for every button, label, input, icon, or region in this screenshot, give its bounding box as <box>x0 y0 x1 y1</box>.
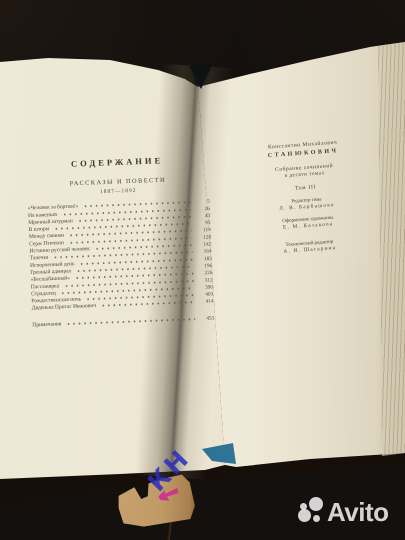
toc-item-page: 453 <box>199 315 214 321</box>
toc-item-page: 26 <box>195 206 210 212</box>
toc-item-page: 128 <box>196 234 211 240</box>
toc-item-title: Пассажирка <box>31 283 60 290</box>
avito-logo-icon <box>309 497 323 511</box>
toc-item-page: 43 <box>195 213 210 219</box>
toc-item-page: 183 <box>197 256 212 262</box>
toc-item-page: 226 <box>197 270 212 276</box>
toc-item-page: 93 <box>195 220 210 226</box>
toc-item-title: Танечка <box>30 254 49 261</box>
toc-item-page: 403 <box>198 291 213 297</box>
toc-item-page: 5 <box>195 199 210 205</box>
avito-logo-icon <box>313 515 320 522</box>
table-of-contents: СОДЕРЖАНИЕ РАССКАЗЫ И ПОВЕСТИ 1887—1892 … <box>26 154 214 328</box>
toc-item-page: 164 <box>197 249 212 255</box>
imprint-page: Константин Михайлович СТАНЮКОВИЧ Собрани… <box>240 137 372 256</box>
toc-item-title: На каменьях <box>28 211 58 218</box>
toc-item-title: Дяденька Протас Иванович <box>32 303 97 311</box>
toc-item-title: Страдалец <box>31 290 56 297</box>
avito-logo-icon <box>298 509 311 522</box>
toc-item-page: 142 <box>196 241 211 247</box>
toc-item-page: 390 <box>198 284 213 290</box>
toc-item-title: В шторм <box>29 226 50 233</box>
toc-item-page: 114 <box>196 227 211 233</box>
toc-item-page: 414 <box>198 299 213 305</box>
toc-item-page: 196 <box>197 263 212 269</box>
toc-item-page: 312 <box>198 277 213 283</box>
toc-list: «Человек за бортом!» 5 На каменьях 26 Мр… <box>28 197 214 311</box>
volume-number: Том III <box>243 180 368 195</box>
avito-wordmark: Avito <box>327 497 389 528</box>
dot-leader <box>102 301 195 307</box>
toc-item-title: Примечания <box>32 321 61 328</box>
book-photo: СОДЕРЖАНИЕ РАССКАЗЫ И ПОВЕСТИ 1887—1892 … <box>0 0 405 540</box>
avito-watermark: Avito <box>296 496 402 534</box>
